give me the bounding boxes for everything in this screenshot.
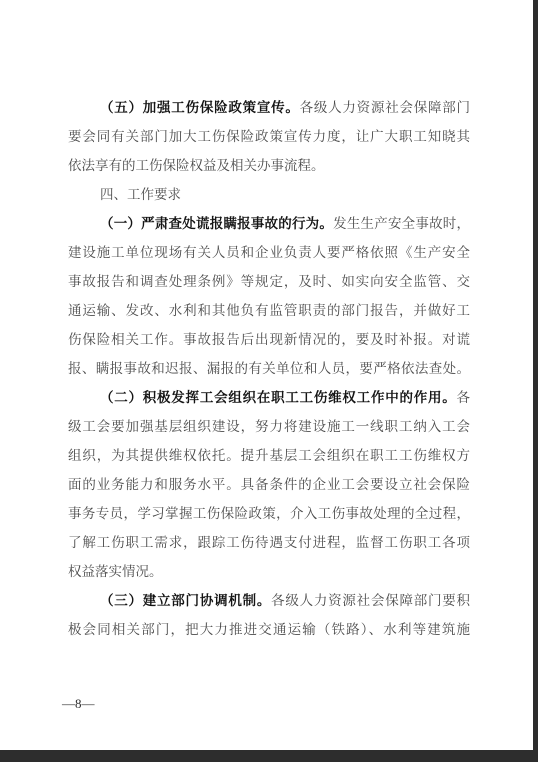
text-run: 组织，为其提供维权依托。提升基层工会组织在职工工伤维权方 [68,448,470,463]
page-shadow-bottom [0,750,538,762]
text-run: 权益落实情况。 [68,564,163,579]
text-run: 伤保险相关工作。事故报告后出现新情况的，要及时补报。对谎 [68,332,470,347]
text-line: 极会同相关部门，把大力推进交通运输（铁路）、水利等建筑施 [68,615,470,644]
text-run-bold: （五）加强工伤保险政策宣传。 [100,100,300,115]
text-run: 面的业务能力和服务水平。具备条件的企业工会要设立社会保险 [68,477,470,492]
text-line: 要会同有关部门加大工伤保险政策宣传力度，让广大职工知晓其 [68,122,470,151]
document-body-text: （五）加强工伤保险政策宣传。各级人力资源社会保障部门要会同有关部门加大工伤保险政… [68,93,470,644]
text-line: 组织，为其提供维权依托。提升基层工会组织在职工工伤维权方 [68,441,470,470]
text-run: 极会同相关部门，把大力推进交通运输（铁路）、水利等建筑施 [68,622,470,637]
text-run: 事务专员，学习掌握工伤保险政策，介入工伤事故处理的全过程， [68,506,470,521]
text-line: （三）建立部门协调机制。各级人力资源社会保障部门要积 [68,586,470,615]
text-run: 依法享有的工伤保险权益及相关办事流程。 [68,158,325,173]
text-run: 了解工伤职工需求，跟踪工伤待遇支付进程，监督工伤职工各项 [68,535,470,550]
text-run-bold: （二）积极发挥工会组织在职工工伤维权工作中的作用。 [100,390,457,405]
text-run: 四、工作要求 [100,187,181,202]
text-line: 了解工伤职工需求，跟踪工伤待遇支付进程，监督工伤职工各项 [68,528,470,557]
text-run: 通运输、发改、水利和其他负有监管职责的部门报告，并做好工 [68,303,470,318]
text-run: 各级人力资源社会保障部门要积 [271,593,470,608]
text-line: 通运输、发改、水利和其他负有监管职责的部门报告，并做好工 [68,296,470,325]
text-run-bold: （三）建立部门协调机制。 [100,593,271,608]
text-run: 各级人力资源社会保障部门 [300,100,470,115]
document-viewer: （五）加强工伤保险政策宣传。各级人力资源社会保障部门要会同有关部门加大工伤保险政… [0,0,538,762]
text-run: 事故报告和调查处理条例》等规定，及时、如实向安全监管、交 [68,274,470,289]
text-run: 各 [457,390,471,405]
text-line: 事务专员，学习掌握工伤保险政策，介入工伤事故处理的全过程， [68,499,470,528]
text-line: 依法享有的工伤保险权益及相关办事流程。 [68,151,470,180]
text-line: （五）加强工伤保险政策宣传。各级人力资源社会保障部门 [68,93,470,122]
text-run: 报、瞒报事故和迟报、漏报的有关单位和人员，要严格依法查处。 [68,361,470,376]
text-line: 事故报告和调查处理条例》等规定，及时、如实向安全监管、交 [68,267,470,296]
text-run: 级工会要加强基层组织建设，努力将建设施工一线职工纳入工会 [68,419,470,434]
text-run-bold: （一）严肃查处谎报瞒报事故的行为。 [100,216,333,231]
text-line: 建设施工单位现场有关人员和企业负责人要严格依照《生产安全 [68,238,470,267]
text-line: 面的业务能力和服务水平。具备条件的企业工会要设立社会保险 [68,470,470,499]
text-line: 四、工作要求 [68,180,470,209]
text-line: （二）积极发挥工会组织在职工工伤维权工作中的作用。各 [68,383,470,412]
text-line: 报、瞒报事故和迟报、漏报的有关单位和人员，要严格依法查处。 [68,354,470,383]
text-run: 建设施工单位现场有关人员和企业负责人要严格依照《生产安全 [68,245,470,260]
page-number: —8— [62,696,95,712]
page-shadow-right [533,0,538,762]
text-line: 权益落实情况。 [68,557,470,586]
text-line: （一）严肃查处谎报瞒报事故的行为。发生生产安全事故时， [68,209,470,238]
text-run: 发生生产安全事故时， [333,216,470,231]
document-page: （五）加强工伤保险政策宣传。各级人力资源社会保障部门要会同有关部门加大工伤保险政… [0,0,533,750]
text-line: 伤保险相关工作。事故报告后出现新情况的，要及时补报。对谎 [68,325,470,354]
text-run: 要会同有关部门加大工伤保险政策宣传力度，让广大职工知晓其 [68,129,470,144]
text-line: 级工会要加强基层组织建设，努力将建设施工一线职工纳入工会 [68,412,470,441]
